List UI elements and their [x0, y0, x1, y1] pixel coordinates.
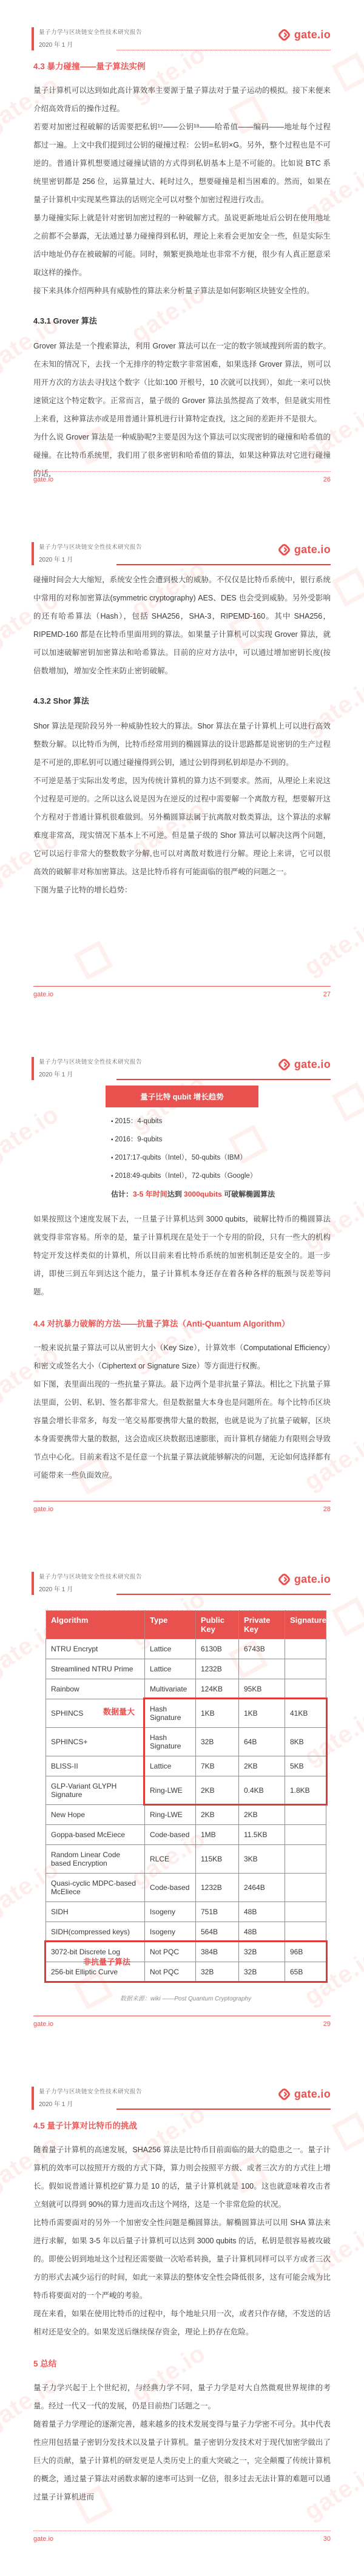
- cell-algorithm: NTRU Encrypt: [46, 1639, 145, 1659]
- paragraph: Grover 算法是一个搜索算法，利用 Grover 算法可以在一定的数字领域搜…: [33, 337, 331, 428]
- report-title: 量子力学与区块链安全性技术研究报告: [39, 1057, 142, 1065]
- annotation-not-pqc: 非抗量子算法: [83, 1956, 130, 1967]
- cell-signature: [285, 1922, 326, 1942]
- footer-brand: gate.io: [33, 2020, 53, 2028]
- paragraph: 比特币需要面对的另外一个加密安全性问题是椭圆算法。解椭圆算法可以用 SHA 算法…: [33, 2214, 331, 2305]
- cell-algorithm: Rainbow: [46, 1679, 145, 1699]
- table-row: Rainbow Multivariate 124KB 95KB: [46, 1679, 326, 1699]
- estimate-years: 3-5 年时间: [133, 1190, 167, 1198]
- cell-type: Not PQC: [145, 1962, 196, 1982]
- gateio-logo: gate.io: [277, 28, 331, 42]
- paragraph: 接下来具体介绍两种具有威胁性的算法来分析量子算法是如何影响区块链安全性的。: [33, 282, 331, 300]
- cell-algorithm: New Hope: [46, 1805, 145, 1825]
- qubit-trend-banner: 量子比特 qubit 增长趋势: [106, 1086, 258, 1107]
- section-heading-4-4: 4.4 对抗暴力破解的方法——抗量子算法（Anti-Quantum Algori…: [33, 1317, 331, 1329]
- cell-algorithm: Quasi-cyclic MDPC-based McEliece: [46, 1874, 145, 1902]
- gateio-logo: gate.io: [277, 1058, 331, 1072]
- table-header-cell: Type: [145, 1611, 196, 1639]
- footer-rule: [33, 471, 331, 472]
- paragraph: 量子计算机可以达到如此高计算效率主要源于量子算法对于量子运动的模拟。接下来便来介…: [33, 81, 331, 118]
- header-accent-bar: [32, 2087, 34, 2110]
- gateio-logo-text: gate.io: [294, 1058, 331, 1071]
- cell-type: Code-based: [145, 1874, 196, 1902]
- report-title: 量子力学与区块链安全性技术研究报告: [39, 542, 142, 551]
- cell-signature: [285, 1659, 326, 1679]
- paragraph: 一般来说抗量子算法可以从密钥大小（Key Size），计算效率（Computat…: [33, 1339, 331, 1375]
- cell-signature: 1.8KB: [285, 1776, 326, 1805]
- cell-algorithm: BLISS-II: [46, 1756, 145, 1776]
- gateio-logo-icon: [277, 543, 291, 557]
- estimate-mid: 达到: [167, 1190, 184, 1198]
- cell-algorithm: SIDH: [46, 1902, 145, 1922]
- cell-public-key: 1MB: [196, 1825, 239, 1845]
- gateio-logo-icon: [277, 28, 291, 42]
- cell-public-key: 2KB: [196, 1776, 239, 1805]
- header-rule: [116, 2109, 331, 2110]
- cell-public-key: 384B: [196, 1942, 239, 1962]
- watermark-logo-mark: [332, 2112, 364, 2152]
- gateio-logo: gate.io: [277, 543, 331, 557]
- cell-signature: [285, 1874, 326, 1902]
- subsection-heading-4-3-2: 4.3.2 Shor 算法: [33, 695, 331, 706]
- paragraph: 碰撞时间会大大缩短，系统安全性会遭到极大的威胁。不仅仅是比特币系统中，银行系统中…: [33, 571, 331, 680]
- cell-type: Isogeny: [145, 1902, 196, 1922]
- report-date: 2020 年 1 月: [39, 554, 73, 563]
- gateio-logo-text: gate.io: [294, 2088, 331, 2101]
- table-row: SIDH Isogeny 751B 48B: [46, 1902, 326, 1922]
- cell-type: Lattice: [145, 1659, 196, 1679]
- annotation-big-data: 数据量大: [103, 1705, 135, 1717]
- paragraph: 如果按照这个速度发展下去，一旦量子计算机达到 3000 qubits，破解比特币…: [33, 1210, 331, 1301]
- page-number: 28: [323, 1506, 331, 1513]
- page-header: 量子力学与区块链安全性技术研究报告 2020 年 1 月 gate.io: [32, 1057, 331, 1081]
- estimate-qubits: 3000qubits: [184, 1190, 222, 1198]
- footer-rule: [33, 2530, 331, 2531]
- header-accent-bar: [32, 1572, 34, 1595]
- cell-algorithm: SPHINCS+: [46, 1728, 145, 1756]
- gateio-logo-text: gate.io: [294, 543, 331, 556]
- cell-private-key: 32B: [239, 1942, 285, 1962]
- cell-signature: 8KB: [285, 1728, 326, 1756]
- page-content: 量子比特 qubit 增长趋势 2015：4-qubits2016：9-qubi…: [33, 1086, 331, 1484]
- page-content: AlgorithmTypePublic KeyPrivate KeySignat…: [33, 1600, 331, 2002]
- header-accent-bar: [32, 27, 34, 50]
- watermark-logo-mark: [332, 1597, 364, 1637]
- qubit-trend-list: 2015：4-qubits2016：9-qubits2017:17-qubits…: [111, 1116, 331, 1180]
- paragraph: 若要对加密过程破解的话需要把私钥¹⁷——公钥¹⁸——哈希值——编码——地址每个过…: [33, 118, 331, 209]
- cell-private-key: 64B: [239, 1728, 285, 1756]
- cell-type: Ring-LWE: [145, 1805, 196, 1825]
- page-content: 碰撞时间会大大缩短，系统安全性会遭到极大的威胁。不仅仅是比特币系统中，银行系统中…: [33, 571, 331, 899]
- section-heading-4-5: 4.5 量子计算对比特币的挑战: [33, 2119, 331, 2131]
- cell-private-key: 3KB: [239, 1845, 285, 1874]
- subsection-heading-4-3-1: 4.3.1 Grover 算法: [33, 314, 331, 326]
- watermark-logo-mark: [332, 1082, 364, 1122]
- header-accent-bar: [32, 1057, 34, 1080]
- page-number: 30: [323, 2535, 331, 2543]
- section-heading-5: 5 总结: [33, 2357, 331, 2369]
- estimate-prefix: 估计：: [111, 1190, 133, 1198]
- qubit-trend-item: 2018:49-qubits（Intel），72-qubits（Google）: [111, 1171, 331, 1180]
- footer-brand: gate.io: [33, 991, 53, 998]
- cell-public-key: 32B: [196, 1728, 239, 1756]
- gateio-logo-icon: [277, 1572, 291, 1586]
- paragraph: 随着量子计算机的高速发展，SHA256 算法是比特币目前面临的最大的隐患之一。量…: [33, 2141, 331, 2214]
- gateio-logo: gate.io: [277, 1572, 331, 1586]
- paragraph: Shor 算法是现阶段另外一种威胁性较大的算法。Shor 算法在量子计算机上可以…: [33, 717, 331, 772]
- table-row: Streamlined NTRU Prime Lattice 1232B: [46, 1659, 326, 1679]
- table-header-cell: Signature: [285, 1611, 326, 1639]
- table-row: SIDH(compressed keys) Isogeny 564B 48B: [46, 1922, 326, 1942]
- cell-private-key: 48B: [239, 1922, 285, 1942]
- cell-private-key: 2KB: [239, 1756, 285, 1776]
- cell-public-key: 124KB: [196, 1679, 239, 1699]
- table-header-cell: Public Key: [196, 1611, 239, 1639]
- page-header: 量子力学与区块链安全性技术研究报告 2020 年 1 月 gate.io: [32, 542, 331, 566]
- table-row: GLP-Variant GLYPH Signature Ring-LWE 2KB…: [46, 1776, 326, 1805]
- cell-type: Lattice: [145, 1756, 196, 1776]
- gateio-logo-text: gate.io: [294, 29, 331, 41]
- paragraph: 量子力学兴起于上个世纪初，与经典力学不同，量子力学是对大自然微观世界规律的考量。…: [33, 2379, 331, 2415]
- page-number: 26: [323, 476, 331, 483]
- paragraph: 下图为量子比特的增长趋势：: [33, 881, 331, 899]
- footer-rule: [33, 986, 331, 987]
- cell-public-key: 7KB: [196, 1756, 239, 1776]
- cell-public-key: 1232B: [196, 1874, 239, 1902]
- paragraph: 现在来看，如果在使用比特币的过程中，每个地址只用一次，或者只作存储，不发送的话相…: [33, 2305, 331, 2341]
- cell-public-key: 1KB: [196, 1699, 239, 1728]
- paragraph: 随着量子力学理论的逐渐完善，越来越多的技术发展变得与量子力学密不可分。其中代表性…: [33, 2415, 331, 2506]
- gateio-logo-icon: [277, 1058, 291, 1072]
- header-accent-bar: [32, 542, 34, 565]
- report-date: 2020 年 1 月: [39, 39, 73, 49]
- table-header-cell: Private Key: [239, 1611, 285, 1639]
- cell-private-key: 11.5KB: [239, 1825, 285, 1845]
- header-rule: [116, 1079, 331, 1080]
- cell-private-key: 2464B: [239, 1874, 285, 1902]
- header-rule: [116, 50, 331, 50]
- report-title: 量子力学与区块链安全性技术研究报告: [39, 2087, 142, 2095]
- footer-brand: gate.io: [33, 1506, 53, 1513]
- report-title: 量子力学与区块链安全性技术研究报告: [39, 27, 142, 36]
- page-number: 29: [323, 2020, 331, 2028]
- table-header-cell: Algorithm: [46, 1611, 145, 1639]
- header-rule: [116, 1594, 331, 1595]
- cell-algorithm: Goppa-based McEiece: [46, 1825, 145, 1845]
- cell-type: Not PQC: [145, 1942, 196, 1962]
- cell-private-key: 48B: [239, 1902, 285, 1922]
- cell-type: Lattice: [145, 1639, 196, 1659]
- cell-public-key: 2KB: [196, 1805, 239, 1825]
- page-header: 量子力学与区块链安全性技术研究报告 2020 年 1 月 gate.io: [32, 1572, 331, 1596]
- cell-algorithm: SIDH(compressed keys): [46, 1922, 145, 1942]
- cell-private-key: 6743B: [239, 1639, 285, 1659]
- cell-signature: [285, 1902, 326, 1922]
- cell-algorithm: Random Linear Code based Encryption: [46, 1845, 145, 1874]
- paragraph: 不可逆是基于实际出发考虑，因为传统计算机的算力达不到要求。然而，从理论上来说这个…: [33, 772, 331, 881]
- cell-public-key: 115KB: [196, 1845, 239, 1874]
- footer-rule: [33, 1501, 331, 1501]
- cell-public-key: 32B: [196, 1962, 239, 1982]
- page-number: 27: [323, 991, 331, 998]
- report-date: 2020 年 1 月: [39, 1069, 73, 1078]
- page-content: 4.5 量子计算对比特币的挑战 随着量子计算机的高速发展，SHA256 算法是比…: [33, 2115, 331, 2506]
- report-page-27: 量子力学与区块链安全性技术研究报告 2020 年 1 月 gate.io 碰撞时…: [0, 515, 364, 1030]
- watermark-gateio: gate.io: [300, 914, 364, 982]
- table-caption: 数据来源：wiki ——Post Quantum Cryptography: [45, 1993, 326, 2002]
- cell-signature: 65B: [285, 1962, 326, 1982]
- cell-private-key: 95KB: [239, 1679, 285, 1699]
- table-row: New Hope Ring-LWE 2KB 2KB: [46, 1805, 326, 1825]
- cell-signature: [285, 1679, 326, 1699]
- table-row: BLISS-II Lattice 7KB 2KB 5KB: [46, 1756, 326, 1776]
- cell-public-key: 6130B: [196, 1639, 239, 1659]
- cell-algorithm: Streamlined NTRU Prime: [46, 1659, 145, 1679]
- cell-signature: 96B: [285, 1942, 326, 1962]
- footer-rule: [33, 2016, 331, 2016]
- qubit-trend-item: 2015：4-qubits: [111, 1116, 331, 1126]
- table-row: SPHINCS Hash Signature 1KB 1KB 41KB: [46, 1699, 326, 1728]
- paragraph: 暴力碰撞实际上就是针对密钥加密过程的一种破解方式。虽说更新地址后公钥在使用地址之…: [33, 209, 331, 282]
- header-rule: [116, 564, 331, 565]
- cell-signature: [285, 1639, 326, 1659]
- estimate-suffix: 可破解椭圆算法: [222, 1190, 275, 1198]
- gateio-logo-icon: [277, 2087, 291, 2101]
- report-date: 2020 年 1 月: [39, 2099, 73, 2108]
- cell-signature: [285, 1825, 326, 1845]
- cell-private-key: 1KB: [239, 1699, 285, 1728]
- cell-type: Code-based: [145, 1825, 196, 1845]
- report-page-30: 量子力学与区块链安全性技术研究报告 2020 年 1 月 gate.io 4.5…: [0, 2059, 364, 2576]
- pqc-algorithm-table: AlgorithmTypePublic KeyPrivate KeySignat…: [45, 1610, 326, 1982]
- footer-brand: gate.io: [33, 2535, 53, 2543]
- report-date: 2020 年 1 月: [39, 1584, 73, 1593]
- qubit-trend-item: 2017:17-qubits（Intel），50-qubits（IBM）: [111, 1152, 331, 1162]
- report-page-29: 量子力学与区块链安全性技术研究报告 2020 年 1 月 gate.io Alg…: [0, 1545, 364, 2059]
- page-header: 量子力学与区块链安全性技术研究报告 2020 年 1 月 gate.io: [32, 2087, 331, 2111]
- cell-private-key: 2KB: [239, 1805, 285, 1825]
- footer-brand: gate.io: [33, 476, 53, 483]
- cell-signature: [285, 1805, 326, 1825]
- table-row: Goppa-based McEiece Code-based 1MB 11.5K…: [46, 1825, 326, 1845]
- watermark-logo-mark: [332, 53, 364, 92]
- table-row: NTRU Encrypt Lattice 6130B 6743B: [46, 1639, 326, 1659]
- gateio-logo: gate.io: [277, 2087, 331, 2101]
- qubit-trend-item: 2016：9-qubits: [111, 1134, 331, 1144]
- cell-type: Hash Signature: [145, 1728, 196, 1756]
- cell-type: Hash Signature: [145, 1699, 196, 1728]
- qubit-estimate: 估计：3-5 年时间达到 3000qubits 可破解椭圆算法: [111, 1189, 331, 1199]
- table-header-row: AlgorithmTypePublic KeyPrivate KeySignat…: [46, 1611, 326, 1639]
- paragraph: 为什么说 Grover 算法是一种威胁呢?主要是因为这个算法可以实现密钥的碰撞和…: [33, 428, 331, 483]
- cell-signature: 41KB: [285, 1699, 326, 1728]
- pqc-table-wrap: AlgorithmTypePublic KeyPrivate KeySignat…: [33, 1610, 331, 1982]
- table-row: SPHINCS+ Hash Signature 32B 64B 8KB: [46, 1728, 326, 1756]
- watermark-logo-mark: [74, 941, 113, 980]
- watermark-logo-mark: [332, 568, 364, 607]
- report-title: 量子力学与区块链安全性技术研究报告: [39, 1572, 142, 1580]
- table-body: NTRU Encrypt Lattice 6130B 6743B Streaml…: [46, 1639, 326, 1982]
- report-page-26: 量子力学与区块链安全性技术研究报告 2020 年 1 月 gate.io 4.3…: [0, 0, 364, 515]
- cell-public-key: 751B: [196, 1902, 239, 1922]
- paragraph: 如下图，表里面出现的一些抗量子算法。最下边两个是非抗量子算法。相比之下抗量子算法…: [33, 1375, 331, 1484]
- section-heading-4-3: 4.3 暴力碰撞——量子算法实例: [33, 59, 331, 72]
- page-header: 量子力学与区块链安全性技术研究报告 2020 年 1 月 gate.io: [32, 27, 331, 52]
- cell-public-key: 564B: [196, 1922, 239, 1942]
- cell-type: Multivariate: [145, 1679, 196, 1699]
- cell-type: RLCE: [145, 1845, 196, 1874]
- cell-private-key: 32B: [239, 1962, 285, 1982]
- cell-type: Ring-LWE: [145, 1776, 196, 1805]
- cell-signature: 5KB: [285, 1756, 326, 1776]
- cell-algorithm: GLP-Variant GLYPH Signature: [46, 1776, 145, 1805]
- gateio-logo-text: gate.io: [294, 1573, 331, 1586]
- report-page-28: 量子力学与区块链安全性技术研究报告 2020 年 1 月 gate.io 量子比…: [0, 1030, 364, 1545]
- table-row: Random Linear Code based Encryption RLCE…: [46, 1845, 326, 1874]
- cell-type: Isogeny: [145, 1922, 196, 1942]
- table-row: Quasi-cyclic MDPC-based McEliece Code-ba…: [46, 1874, 326, 1902]
- page-content: 4.3 暴力碰撞——量子算法实例 量子计算机可以达到如此高计算效率主要源于量子算…: [33, 56, 331, 483]
- cell-private-key: [239, 1659, 285, 1679]
- cell-private-key: 0.4KB: [239, 1776, 285, 1805]
- cell-signature: [285, 1845, 326, 1874]
- cell-public-key: 1232B: [196, 1659, 239, 1679]
